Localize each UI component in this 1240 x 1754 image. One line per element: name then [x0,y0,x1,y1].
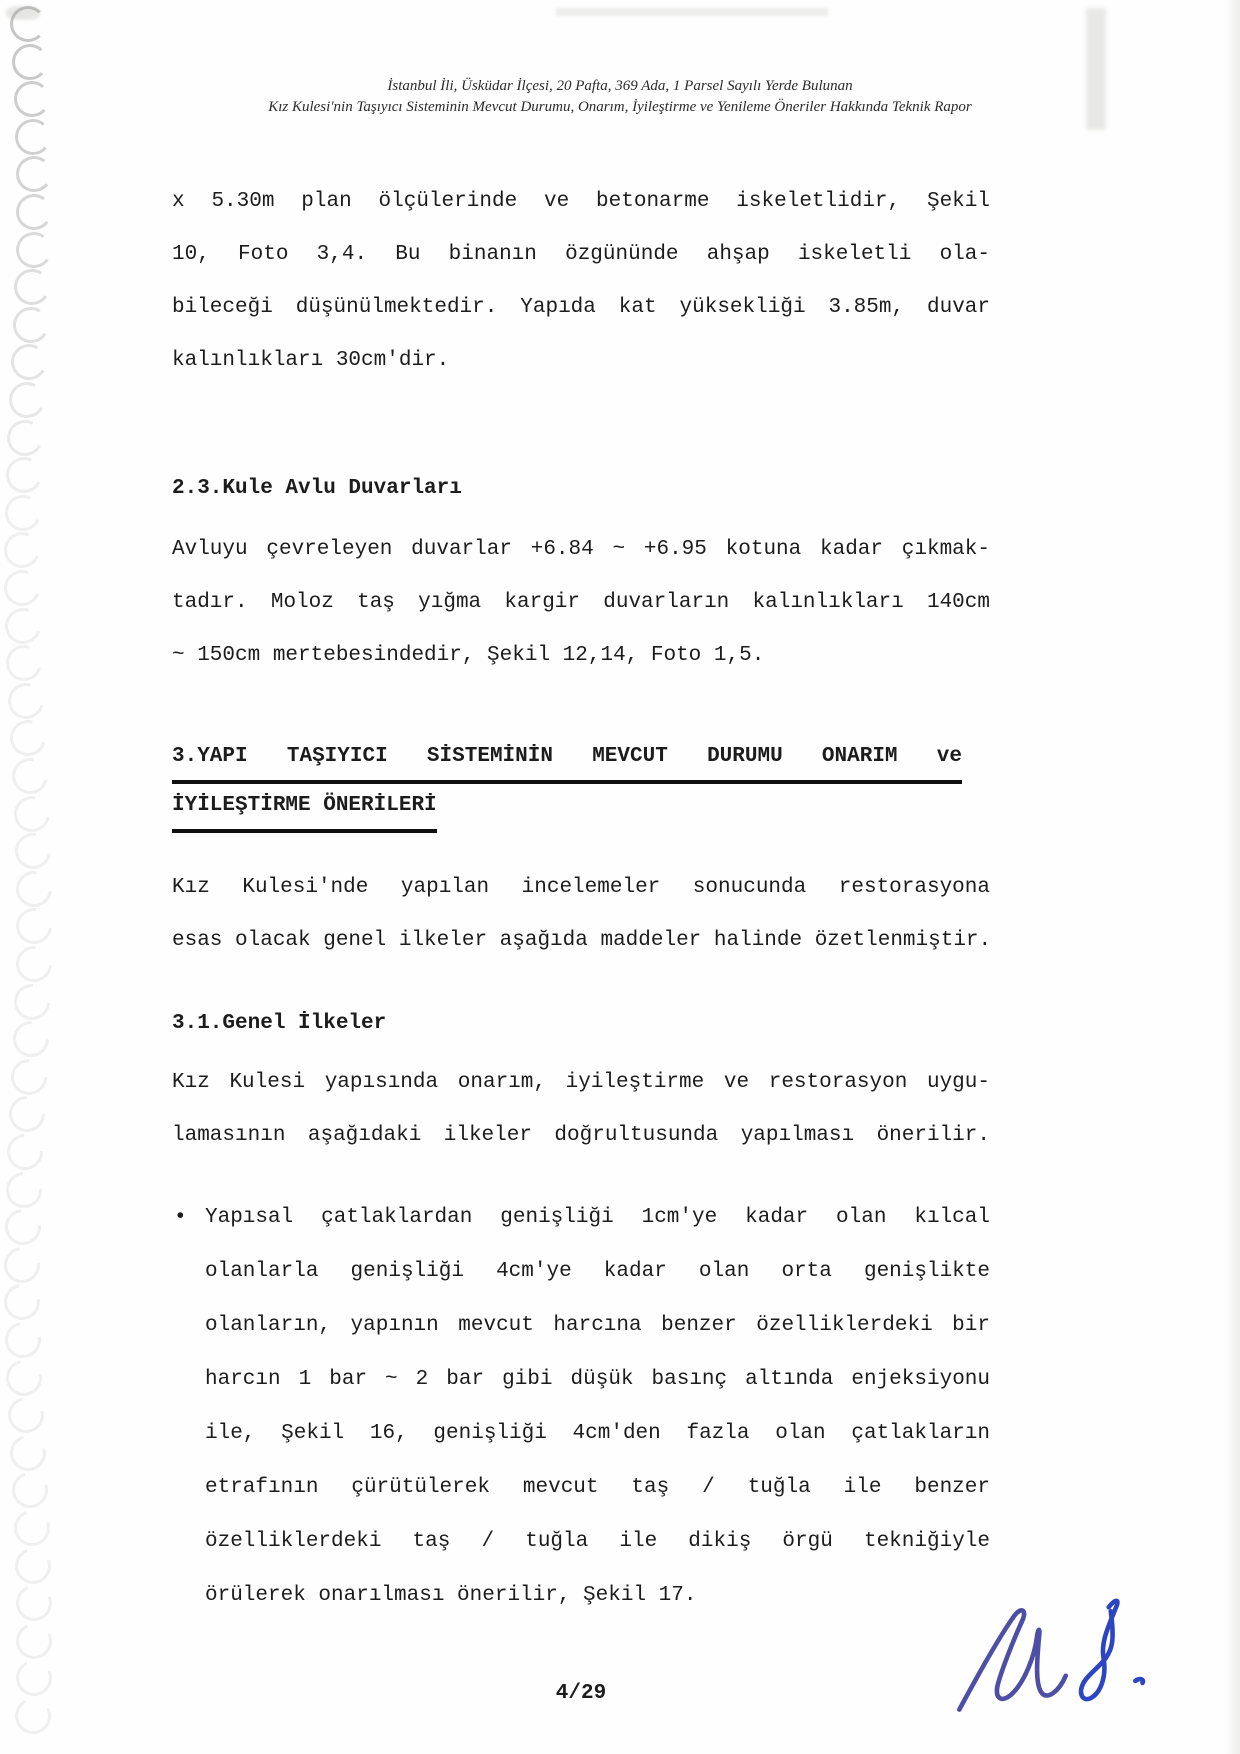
binding-hole-icon [10,6,46,42]
binding-hole-icon [11,43,48,80]
binding-hole-icon [0,602,47,650]
binding-hole-icon [8,826,58,876]
signature-stroke-left [959,1610,1065,1709]
text-line: örülerek onarılması önerilir, Şekil 17. [205,1569,990,1623]
binding-hole-icon [4,1051,55,1102]
section-heading: 3.1.Genel İlkeler [172,997,990,1050]
binding-hole-icon [7,340,51,384]
binding-hole-icon [0,1127,51,1178]
paragraph: Kız Kulesi'nde yapılan incelemeler sonuc… [172,861,990,967]
binding-hole-icon [5,1466,54,1515]
paragraph: Kız Kulesi yapısında onarım, iyileştirme… [172,1056,990,1162]
document-page: İstanbul İli, Üsküdar İlçesi, 20 Pafta, … [0,0,1240,1754]
binding-hole-icon [7,1504,55,1552]
text-line: x 5.30m plan ölçülerinde ve betonarme is… [172,175,990,228]
scan-edge-shadow [1226,0,1240,1754]
binding-hole-icon [7,789,57,839]
binding-hole-icon [11,266,53,308]
signature-dot [1135,1679,1143,1683]
text-line: kalınlıkları 30cm'dir. [172,334,990,387]
text-line: özelliklerdeki taş / tuğla ile dikiş örg… [205,1515,990,1569]
signature-stroke-right [1081,1601,1117,1699]
binding-hole-icon [0,1202,48,1253]
section-heading: 2.3.Kule Avlu Duvarları [172,462,990,515]
text-line: harcın 1 bar ~ 2 bar gibi düşük basınç a… [205,1353,990,1407]
binding-hole-icon [11,1618,58,1665]
text-line: tadır. Moloz taş yığma kargir duvarların… [172,576,990,629]
text-line: ile, Şekil 16, genişliği 4cm'den fazla o… [205,1407,990,1461]
binding-hole-icon [14,192,55,233]
binding-hole-icon [13,229,54,270]
binding-hole-icon [0,1315,48,1365]
paragraph: x 5.30m plan ölçülerinde ve betonarme is… [172,175,990,387]
binding-hole-icon [5,378,50,423]
binding-hole-icon [0,527,46,574]
binding-hole-icon [14,117,53,156]
binding-hole-icon [1,1391,50,1440]
handwritten-signature [945,1588,1165,1738]
bullet-marker: • [174,1191,187,1245]
binding-hole-icon [6,1014,57,1065]
text-line: olanlarla genişliği 4cm'ye kadar olan or… [205,1245,990,1299]
text-line: ~ 150cm mertebesindedir, Şekil 12,14, Fo… [172,629,990,682]
binding-hole-icon [2,1089,53,1140]
main-heading-line: İYİLEŞTİRME ÖNERİLERİ [172,791,437,833]
main-heading: 3.YAPI TAŞIYICI SİSTEMİNİN MEVCUT DURUMU… [172,742,990,840]
text-line: Avluyu çevreleyen duvarlar +6.84 ~ +6.95… [172,523,990,576]
text-line: etrafının çürütülerek mevcut taş / tuğla… [205,1461,990,1515]
document-body: x 5.30m plan ölçülerinde ve betonarme is… [172,0,990,1623]
binding-hole-icon [14,154,54,194]
binding-hole-icon [0,490,46,536]
binding-hole-icon [3,415,48,460]
binding-hole-icon [11,1655,57,1701]
binding-hole-icon [2,676,51,725]
binding-hole-icon [0,1277,47,1327]
page-number: 4/29 [172,1674,990,1714]
text-line: bileceği düşünülmektedir. Yapıda kat yük… [172,281,990,334]
binding-hole-icon [0,1164,49,1215]
bullet-item: •Yapısal çatlaklardan genişliği 1cm'ye k… [172,1191,990,1623]
binding-hole-icon [3,1428,52,1477]
binding-hole-icon [9,901,60,952]
binding-hole-icon [3,714,52,763]
binding-hole-icon [5,751,55,801]
text-line: Kız Kulesi'nde yapılan incelemeler sonuc… [172,861,990,914]
main-heading-line: 3.YAPI TAŞIYICI SİSTEMİNİN MEVCUT DURUMU… [172,742,962,784]
binding-hole-icon [9,1542,57,1590]
binding-hole-icon [0,1353,49,1403]
text-line: Kız Kulesi yapısında onarım, iyileştirme… [172,1056,990,1109]
binding-hole-icon [8,939,59,990]
binding-hole-icon [0,639,48,687]
binding-hole-icon [1,452,47,498]
binding-hole-icon [7,976,58,1027]
text-line: esas olacak genel ilkeler aşağıda maddel… [172,914,990,967]
text-line: Yapısal çatlaklardan genişliği 1cm'ye ka… [205,1191,990,1245]
text-line: lamasının aşağıdaki ilkeler doğrultusund… [172,1109,990,1162]
binding-hole-icon [9,864,59,914]
binding-hole-icon [9,303,52,346]
binding-hole-icon [0,1240,47,1290]
text-line: olanların, yapının mevcut harcına benzer… [205,1299,990,1353]
paragraph: Avluyu çevreleyen duvarlar +6.84 ~ +6.95… [172,523,990,682]
binding-hole-icon [10,1693,55,1738]
text-line: 10, Foto 3,4. Bu binanın özgününde ahşap… [172,228,990,281]
binding-hole-icon [10,1580,57,1627]
binding-hole-icon [0,564,46,612]
